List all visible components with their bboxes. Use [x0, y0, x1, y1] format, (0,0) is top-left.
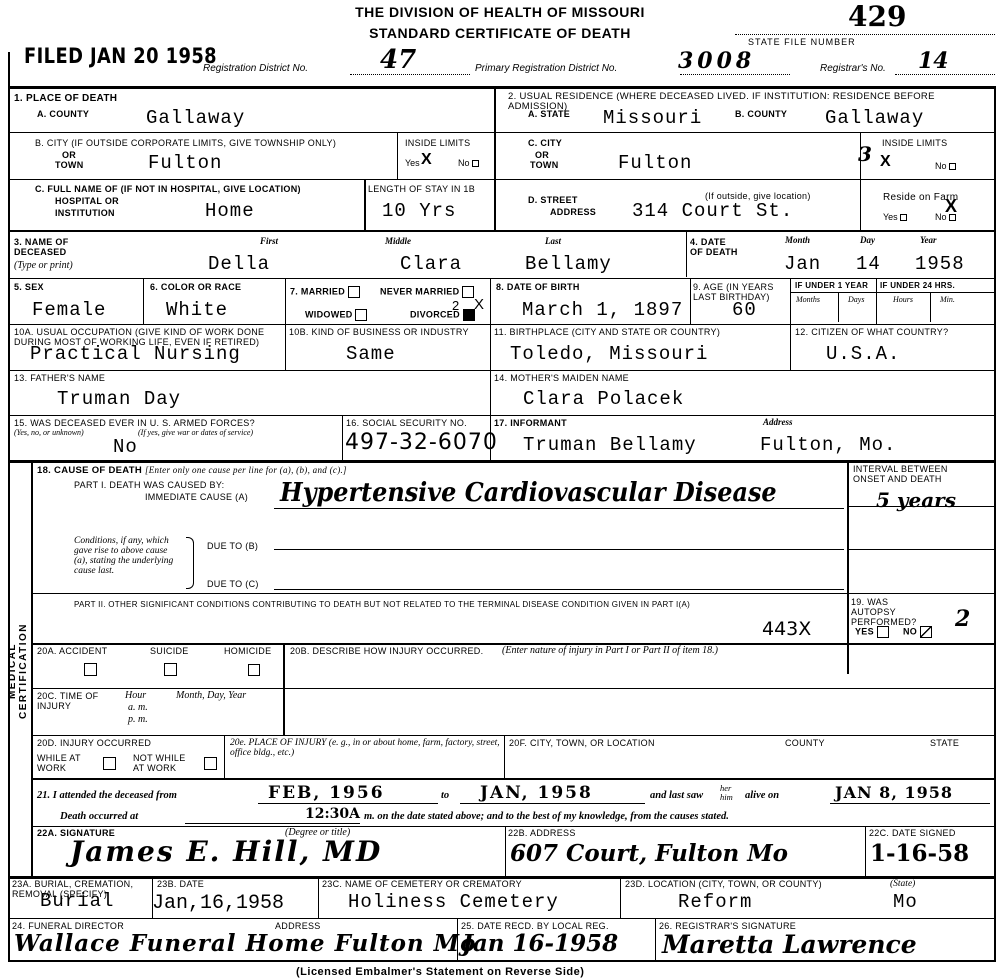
marital-never-married[interactable]: NEVER MARRIED	[380, 286, 474, 298]
pod-inside-no-label: No	[458, 158, 470, 168]
not-while-at-work-checkbox[interactable]	[204, 757, 217, 770]
res-county-label: b. COUNTY	[735, 110, 787, 120]
father-value[interactable]: Truman Day	[57, 388, 181, 410]
interval-label: INTERVAL BETWEEN ONSET AND DEATH	[853, 465, 973, 485]
res-farm-mark: X	[945, 196, 957, 217]
sex-label: 5. SEX	[14, 283, 44, 293]
death-time-value[interactable]: 12:30A	[305, 806, 360, 822]
funeral-director-value[interactable]: Wallace Funeral Home Fulton Mo	[14, 930, 476, 957]
dob-value[interactable]: March 1, 1897	[522, 299, 683, 321]
county-injury-label: COUNTY	[785, 739, 825, 749]
mdy-label: Month, Day, Year	[176, 691, 246, 702]
registrars-no-label: Registrar's No.	[820, 63, 886, 74]
homicide-label: HOMICIDE	[224, 647, 271, 657]
location-label: 23d. LOCATION (City, town, or county)	[625, 880, 822, 890]
first-name-label: First	[260, 237, 278, 246]
res-city-town: TOWN	[530, 161, 559, 171]
marital-widowed[interactable]: WIDOWED	[305, 309, 367, 321]
date-of-death-label: 4. DATE OF DEATH	[690, 238, 740, 258]
date-recd-value[interactable]: Jan 16-1958	[462, 930, 618, 957]
date-signed-label: 22c. DATE SIGNED	[869, 829, 956, 839]
sex-value[interactable]: Female	[32, 299, 106, 321]
immediate-cause-value[interactable]: Hypertensive Cardiovascular Disease	[280, 478, 777, 508]
primary-district-label: Primary Registration District No.	[475, 63, 617, 74]
state-file-number: 429	[848, 0, 906, 33]
pod-hospital-label-2: HOSPITAL OR	[55, 197, 119, 207]
informant-address-label: Address	[763, 418, 793, 427]
business-label: 10b. KIND OF BUSINESS OR INDUSTRY	[289, 328, 469, 338]
am-label: a. m.	[128, 703, 148, 714]
date-signed-value[interactable]: 1-16-58	[870, 840, 969, 867]
cemetery-value[interactable]: Holiness Cemetery	[348, 891, 559, 913]
pod-inside-yes[interactable]: Yes	[405, 158, 420, 168]
pod-inside-limits-label: Inside Limits	[405, 139, 470, 149]
while-at-work-checkbox[interactable]	[103, 757, 116, 770]
pod-inside-mark: X	[421, 151, 432, 169]
autopsy-annotation: 2	[955, 606, 970, 632]
pod-hospital-value[interactable]: Home	[205, 200, 255, 222]
pod-inside-no[interactable]: No	[458, 158, 479, 168]
middle-name-label: Middle	[385, 237, 411, 246]
death-occurred-label: Death occurred at	[60, 811, 138, 822]
interval-value[interactable]: 5 years	[876, 488, 956, 512]
res-farm-yes[interactable]: Yes	[883, 212, 907, 222]
pod-hospital-label-3: INSTITUTION	[55, 209, 115, 219]
accident-label: 20a. ACCIDENT	[37, 647, 107, 657]
citizen-label: 12. CITIZEN OF WHAT COUNTRY?	[795, 328, 948, 338]
place-of-death-label: 1. PLACE OF DEATH	[14, 93, 117, 104]
death-month-value[interactable]: Jan	[784, 253, 821, 275]
medical-certification-side-label: MEDICAL CERTIFICATION	[7, 601, 29, 741]
res-street-value[interactable]: 314 Court St.	[632, 200, 793, 222]
checkbox-icon	[877, 626, 889, 638]
res-inside-mark: X	[880, 153, 891, 171]
checkbox-icon	[949, 163, 956, 170]
part2-code[interactable]: 443X	[762, 618, 811, 640]
part2-label: PART II. OTHER SIGNIFICANT CONDITIONS CO…	[74, 601, 690, 610]
death-day-label: Day	[860, 236, 875, 245]
res-county-value[interactable]: Gallaway	[825, 107, 924, 129]
injury-desc-note: (Enter nature of injury in Part I or Par…	[502, 646, 718, 657]
alive-on-label: alive on	[745, 790, 779, 801]
res-street-label-2: ADDRESS	[550, 208, 596, 218]
physician-address[interactable]: 607 Court, Fulton Mo	[510, 840, 788, 867]
deceased-name-sublabel: (Type or print)	[14, 261, 73, 272]
birthplace-value[interactable]: Toledo, Missouri	[510, 343, 708, 365]
first-name-value[interactable]: Della	[208, 253, 270, 275]
conditions-note: Conditions, if any, which gave rise to a…	[74, 537, 182, 577]
res-inside-limits-label: Inside Limits	[882, 139, 947, 149]
length-of-stay-value[interactable]: 10 Yrs	[382, 200, 456, 222]
pod-city-label: b. CITY (If outside corporate limits, gi…	[35, 139, 395, 149]
marital-mark: X	[474, 296, 484, 313]
autopsy-no[interactable]: NO	[903, 626, 932, 638]
pod-county-value[interactable]: Gallaway	[146, 107, 245, 129]
cause-label-text: 18. CAUSE OF DEATH	[37, 465, 142, 476]
burial-value[interactable]: Burial	[40, 890, 114, 912]
last-name-label: Last	[545, 237, 561, 246]
due-to-c-label[interactable]: DUE TO (c)	[207, 580, 259, 590]
pod-inside-yes-label: Yes	[405, 158, 420, 168]
min-label: Min.	[940, 296, 955, 304]
birthplace-label: 11. BIRTHPLACE (City and state or countr…	[494, 328, 720, 338]
location-value[interactable]: Reform	[678, 891, 752, 913]
hour-label: Hour	[125, 691, 146, 702]
checkbox-icon	[348, 286, 360, 298]
citizen-value[interactable]: U.S.A.	[826, 343, 900, 365]
mother-label: 14. MOTHER'S MAIDEN NAME	[494, 374, 629, 384]
not-while-at-work-label: NOT WHILE AT WORK	[133, 754, 198, 774]
place-injury-label: 20e. PLACE OF INJURY (e. g., in or about…	[230, 739, 505, 759]
married-label: 7. MARRIED	[290, 286, 345, 296]
pod-hospital-label: c. FULL NAME OF (If NOT in hospital, giv…	[35, 185, 365, 195]
race-value[interactable]: White	[166, 299, 228, 321]
deceased-name-label: 3. NAME OF DECEASED	[14, 238, 104, 258]
registrars-no[interactable]: 14	[918, 48, 949, 74]
pod-city-value[interactable]: Fulton	[148, 152, 222, 174]
attended-label: 21. I attended the deceased from	[37, 790, 177, 801]
location-state-label: (State)	[890, 880, 915, 890]
accident-checkbox[interactable]	[84, 663, 97, 676]
autopsy-label: 19. WAS AUTOPSY PERFORMED?	[851, 598, 931, 628]
state-file-number-label: STATE FILE NUMBER	[748, 37, 856, 47]
address-label: 22b. ADDRESS	[508, 829, 576, 839]
checkbox-icon	[900, 214, 907, 221]
part1-label: PART I. DEATH WAS CAUSED BY:	[74, 481, 224, 491]
armed-forces-sublabel: (Yes, no, or unknown)	[14, 429, 84, 437]
time-injury-label: 20c. TIME OF INJURY	[37, 692, 107, 712]
autopsy-yes-label: YES	[855, 626, 874, 636]
title-line-1: THE DIVISION OF HEALTH OF MISSOURI	[300, 4, 700, 20]
burial-date-value[interactable]: Jan,16,1958	[152, 892, 284, 915]
homicide-checkbox[interactable]	[248, 664, 260, 676]
due-to-b-label[interactable]: DUE TO (b)	[207, 542, 258, 552]
registrar-signature[interactable]: Maretta Lawrence	[662, 930, 917, 959]
middle-name-value[interactable]: Clara	[400, 253, 462, 275]
length-of-stay-label: Length of stay in 1b	[368, 185, 475, 195]
ssn-label: 16. SOCIAL SECURITY NO.	[346, 419, 467, 429]
physician-signature[interactable]: James E. Hill, MD	[70, 835, 382, 868]
marital-married[interactable]: 7. MARRIED	[290, 286, 360, 298]
hours-label: Hours	[893, 296, 913, 304]
attended-from-value[interactable]: FEB, 1956	[268, 783, 385, 803]
state-injury-label: STATE	[930, 739, 959, 749]
while-at-work-label: WHILE AT WORK	[37, 754, 92, 774]
injury-occurred-label: 20d. INJURY OCCURRED	[37, 739, 151, 749]
checkbox-icon	[355, 309, 367, 321]
last-saw-label: and last saw	[650, 790, 703, 801]
checkbox-icon	[463, 309, 475, 321]
immediate-cause-label: IMMEDIATE CAUSE (a)	[145, 493, 248, 503]
primary-district-no[interactable]: 3008	[678, 48, 755, 74]
res-city-label: c. CITY	[528, 139, 562, 149]
mother-value[interactable]: Clara Polacek	[523, 388, 684, 410]
autopsy-yes[interactable]: YES	[855, 626, 889, 638]
pod-city-town: TOWN	[55, 161, 84, 171]
father-label: 13. FATHER'S NAME	[14, 374, 105, 384]
pm-label: p. m.	[128, 715, 148, 726]
attended-to-value[interactable]: JAN, 1958	[480, 783, 593, 803]
res-farm-yes-label: Yes	[883, 212, 898, 222]
location-state-value[interactable]: Mo	[893, 891, 918, 913]
under-1-year-label: IF UNDER 1 YEAR	[795, 282, 868, 291]
marital-divorced[interactable]: DIVORCED	[410, 309, 475, 321]
form-title: THE DIVISION OF HEALTH OF MISSOURI STAND…	[300, 4, 700, 41]
death-occurred-suffix: m. on the date stated above; and to the …	[364, 811, 729, 822]
pod-county-label: a. COUNTY	[37, 110, 89, 120]
death-year-label: Year	[920, 236, 937, 245]
her-him-label: her him	[720, 784, 738, 801]
embalmer-footer: (Licensed Embalmer's Statement on Revers…	[296, 966, 584, 978]
armed-forces-sublabel-2: (If yes, give war or dates of service)	[138, 429, 253, 437]
death-year-value[interactable]: 1958	[915, 253, 965, 275]
marital-annotation: 2	[452, 298, 459, 313]
res-city-value[interactable]: Fulton	[618, 152, 692, 174]
checkbox-icon	[920, 626, 932, 638]
never-married-label: NEVER MARRIED	[380, 286, 459, 296]
age-value[interactable]: 60	[732, 299, 757, 321]
suicide-checkbox[interactable]	[164, 663, 177, 676]
race-label: 6. COLOR OR RACE	[150, 283, 241, 293]
res-street-label: d. STREET	[528, 196, 578, 206]
registration-district-no[interactable]: 47	[380, 45, 416, 75]
last-saw-date-value[interactable]: JAN 8, 1958	[835, 783, 953, 802]
days-label: Days	[848, 296, 864, 304]
injury-desc-label: 20b. DESCRIBE HOW INJURY OCCURRED.	[290, 647, 483, 657]
res-state-label: a. STATE	[528, 110, 570, 120]
cause-of-death-label: 18. CAUSE OF DEATH [Enter only one cause…	[37, 466, 347, 476]
months-label: Months	[796, 296, 820, 304]
autopsy-no-label: NO	[903, 626, 917, 636]
last-name-value[interactable]: Bellamy	[525, 253, 612, 275]
cause-instruction: [Enter only one cause per line for (a), …	[145, 465, 347, 475]
res-inside-no[interactable]: No	[935, 161, 956, 171]
dob-label: 8. DATE OF BIRTH	[496, 283, 580, 293]
attended-to-label: to	[441, 790, 449, 801]
death-day-value[interactable]: 14	[856, 253, 881, 275]
informant-label: 17. INFORMANT	[494, 419, 567, 429]
informant-address-value[interactable]: Fulton, Mo.	[760, 434, 896, 456]
ssn-value[interactable]: 497-32-6070	[345, 430, 498, 455]
informant-value[interactable]: Truman Bellamy	[523, 434, 697, 456]
registration-district-label: Registration District No.	[203, 63, 308, 74]
filed-stamp: FILED JAN 20 1958	[24, 44, 217, 68]
occupation-value[interactable]: Practical Nursing	[30, 343, 241, 365]
checkbox-icon	[472, 160, 479, 167]
armed-forces-value[interactable]: No	[113, 436, 138, 458]
business-value[interactable]: Same	[346, 343, 396, 365]
res-inside-no-label: No	[935, 161, 947, 171]
res-state-value[interactable]: Missouri	[603, 107, 702, 129]
under-24-hrs-label: IF UNDER 24 HRS.	[880, 282, 955, 291]
suicide-label: SUICIDE	[150, 647, 189, 657]
death-month-label: Month	[785, 236, 810, 245]
cemetery-label: 23c. NAME OF CEMETERY OR CREMATORY	[322, 880, 522, 890]
checkbox-icon	[462, 286, 474, 298]
title-line-2: STANDARD CERTIFICATE OF DEATH	[300, 25, 700, 41]
widowed-label: WIDOWED	[305, 309, 353, 319]
city-injury-label: 20f. CITY, TOWN, OR LOCATION	[509, 739, 655, 749]
burial-date-label: 23b. DATE	[157, 880, 204, 890]
